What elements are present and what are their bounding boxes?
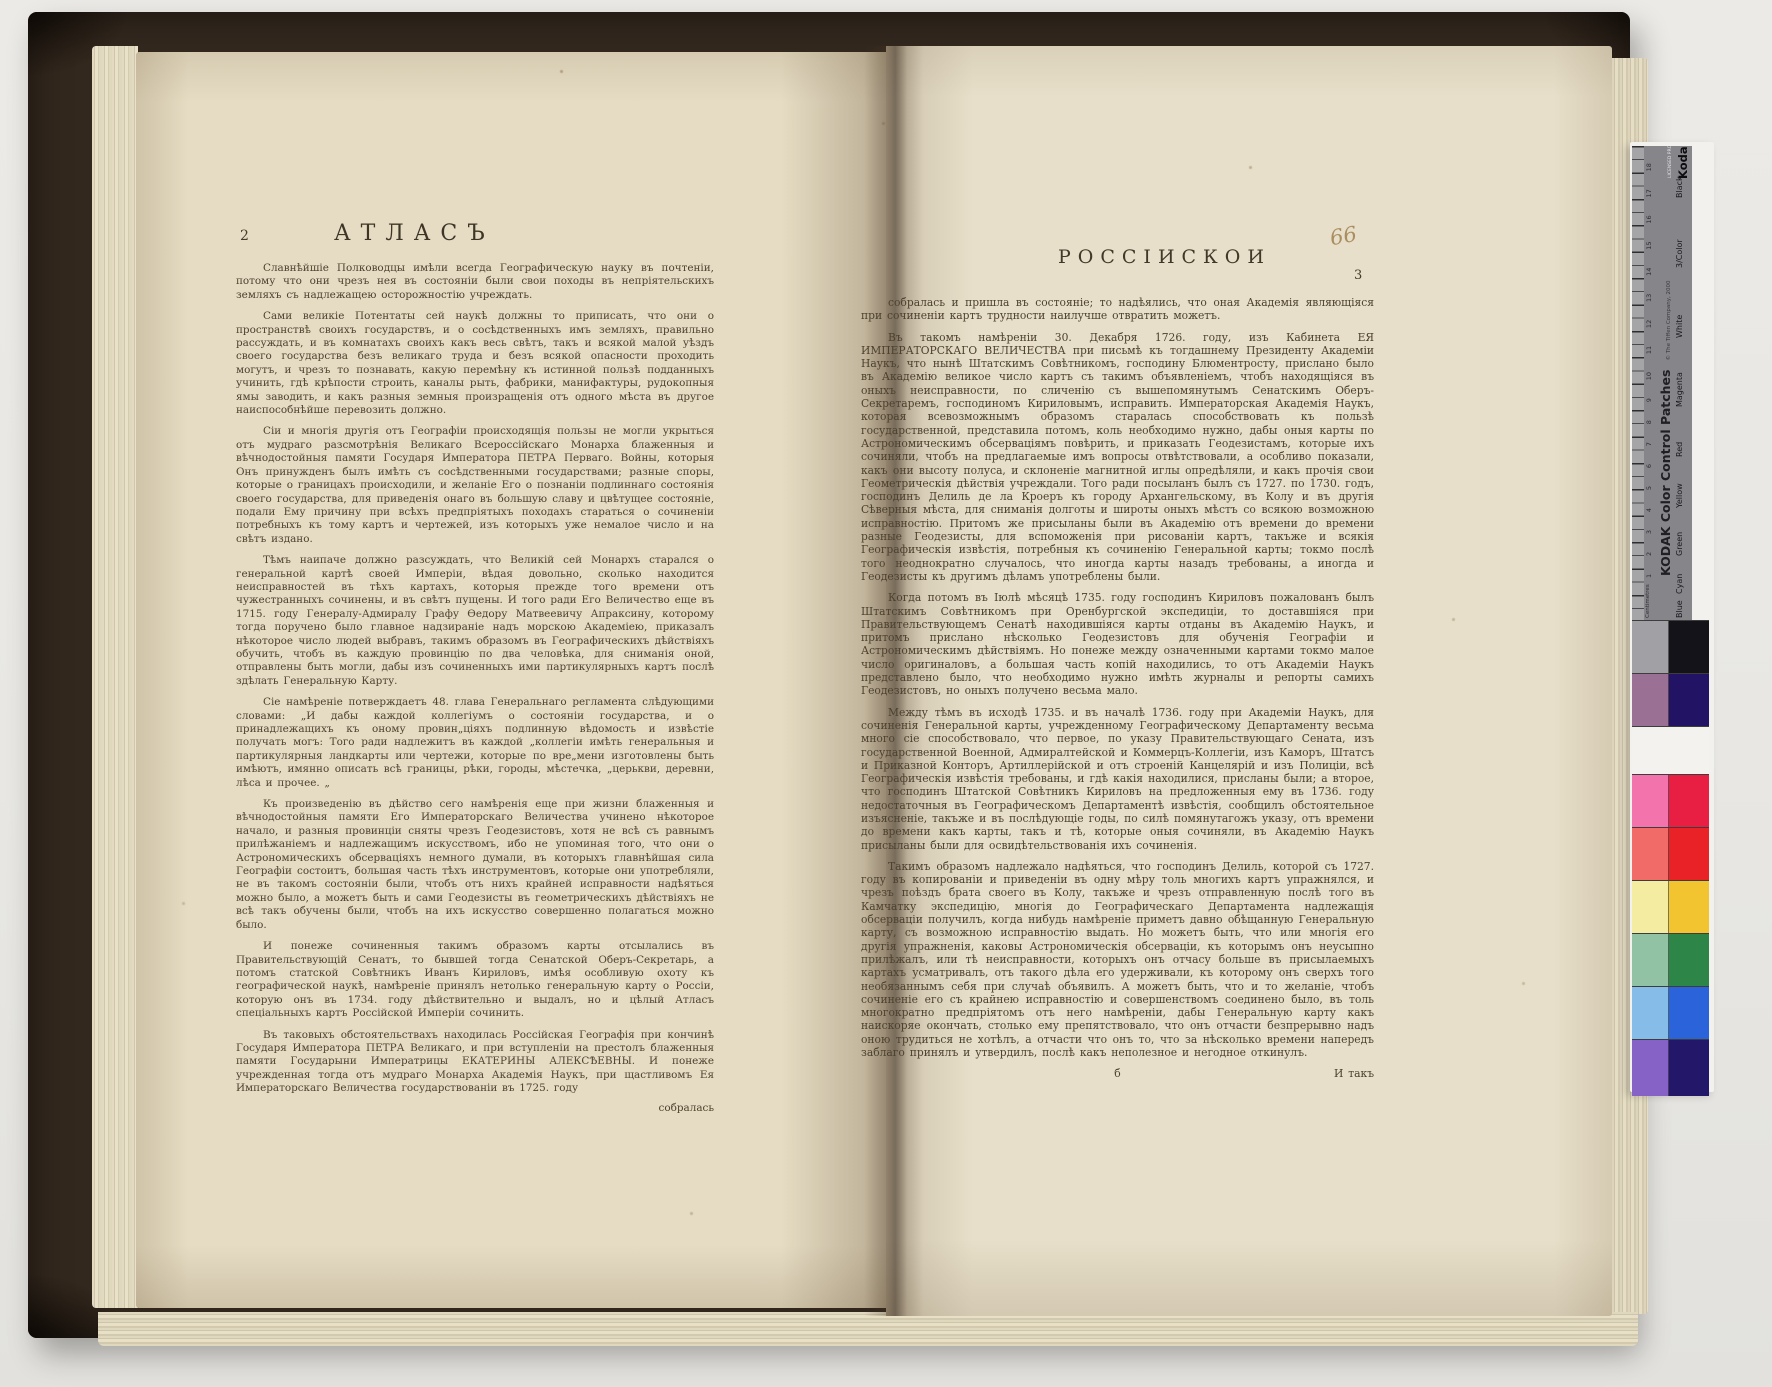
patch-light-swatch bbox=[1632, 621, 1669, 673]
patch-light-swatch bbox=[1632, 727, 1668, 774]
color-patch-column bbox=[1632, 620, 1709, 1096]
right-page-catchword: И такъ bbox=[1121, 1067, 1374, 1080]
patch-light-swatch bbox=[1632, 987, 1669, 1039]
right-page-footline: б И такъ bbox=[861, 1067, 1374, 1080]
ruler-number: 6 bbox=[1645, 464, 1655, 468]
kodak-logo-text: Kodak bbox=[1676, 146, 1690, 179]
patch-light-swatch bbox=[1632, 881, 1669, 933]
color-patch-row bbox=[1632, 774, 1709, 827]
ruler-number: 11 bbox=[1645, 346, 1655, 354]
paragraph: Въ такомъ намѣреніи 30. Декабря 1726. го… bbox=[861, 331, 1374, 584]
paragraph: Между тѣмъ въ исходѣ 1735. и въ началѣ 1… bbox=[861, 706, 1374, 852]
paragraph: И понеже сочиненныя такимъ образомъ карт… bbox=[236, 940, 714, 1020]
ruler-number: 14 bbox=[1645, 268, 1655, 276]
ruler-tick-marks bbox=[1632, 146, 1644, 620]
color-patch-row bbox=[1632, 726, 1709, 774]
ruler-number: 7 bbox=[1645, 442, 1655, 446]
ruler-number: 2 bbox=[1645, 552, 1655, 556]
ruler-unit-label: Centimetres bbox=[1645, 574, 1654, 618]
ruler-number: 5 bbox=[1645, 486, 1655, 490]
paragraph: Славнѣйшіе Полководцы имѣли всегда Геогр… bbox=[236, 262, 714, 302]
ruler-number: 4 bbox=[1645, 508, 1655, 512]
licensed-product-label: LICENSED PRODUCT bbox=[1668, 146, 1675, 620]
patch-saturated-swatch bbox=[1669, 621, 1709, 673]
patch-saturated-swatch bbox=[1669, 987, 1709, 1039]
patch-saturated-swatch bbox=[1668, 727, 1709, 774]
patch-light-swatch bbox=[1632, 775, 1669, 827]
right-paragraph-list: собралась и пришла въ состояніе; то надѣ… bbox=[861, 296, 1374, 1059]
patch-light-swatch bbox=[1632, 1040, 1669, 1096]
ruler-number: 10 bbox=[1645, 372, 1655, 380]
book-photograph: 2 АТЛАСЪ Славнѣйшіе Полководцы имѣли все… bbox=[0, 0, 1772, 1387]
color-patch-row bbox=[1632, 1039, 1709, 1096]
paragraph: Сіи и многія другія отъ Географіи происх… bbox=[236, 425, 714, 546]
patch-light-swatch bbox=[1632, 828, 1669, 880]
patch-saturated-swatch bbox=[1669, 934, 1709, 986]
ruler-number: 18 bbox=[1645, 163, 1655, 171]
color-patch-row bbox=[1632, 620, 1709, 673]
paragraph: Когда потомъ въ Іюлѣ мѣсяцѣ 1735. году г… bbox=[861, 591, 1374, 697]
patch-saturated-swatch bbox=[1669, 674, 1709, 726]
ruler-numbers: 123456789101112131415161718 bbox=[1645, 163, 1655, 578]
ruler-number: 13 bbox=[1645, 294, 1655, 302]
bottom-page-edges bbox=[98, 1312, 1638, 1346]
licensed-product-text: LICENSED PRODUCT bbox=[1668, 146, 1673, 178]
kodak-gray-ruler: 123456789101112131415161718 Centimetres … bbox=[1632, 146, 1692, 620]
color-patch-row bbox=[1632, 986, 1709, 1039]
right-page-running-title: РОССІИСКОИ bbox=[1058, 246, 1271, 268]
ruler-number: 3 bbox=[1645, 530, 1655, 534]
right-page-number: 3 bbox=[1354, 268, 1362, 283]
paper-foxing-specks bbox=[0, 0, 3, 3]
paragraph: Къ произведенію въ дѣйство сего намѣрені… bbox=[236, 798, 714, 932]
foot-spacer bbox=[861, 1067, 1114, 1080]
handwritten-folio-number: 66 bbox=[1328, 222, 1358, 250]
paragraph: Въ таковыхъ обстоятельствахъ находилась … bbox=[236, 1029, 714, 1096]
color-patch-row bbox=[1632, 827, 1709, 880]
paragraph: собралась и пришла въ состояніе; то надѣ… bbox=[861, 296, 1374, 323]
color-patch-row bbox=[1632, 933, 1709, 986]
ruler-number: 9 bbox=[1645, 398, 1655, 402]
paragraph: Тѣмъ наипаче должно разсуждать, что Вели… bbox=[236, 554, 714, 688]
patch-saturated-swatch bbox=[1669, 881, 1709, 933]
color-patch-row bbox=[1632, 673, 1709, 726]
right-page-text-block: собралась и пришла въ состояніе; то надѣ… bbox=[861, 296, 1374, 1081]
patch-saturated-swatch bbox=[1669, 828, 1709, 880]
patch-saturated-swatch bbox=[1669, 775, 1709, 827]
paragraph: Такимъ образомъ надлежало надѣяться, что… bbox=[861, 860, 1374, 1059]
ruler-number: 15 bbox=[1645, 241, 1655, 249]
paragraph: Сами великіе Потентаты сей наукѣ должны … bbox=[236, 310, 714, 417]
ruler-number: 12 bbox=[1645, 320, 1655, 328]
patch-light-swatch bbox=[1632, 934, 1669, 986]
color-patch-row bbox=[1632, 880, 1709, 933]
paragraph: Сіе намѣреніе потверждаетъ 48. глава Ген… bbox=[236, 696, 714, 790]
left-page-number: 2 bbox=[240, 228, 249, 244]
ruler-number: 16 bbox=[1645, 215, 1655, 223]
kodak-color-control-strip: 123456789101112131415161718 Centimetres … bbox=[1630, 142, 1714, 1092]
left-page-running-title: АТЛАСЪ bbox=[334, 221, 495, 246]
ruler-number: 8 bbox=[1645, 420, 1655, 424]
patch-saturated-swatch bbox=[1669, 1040, 1709, 1096]
kodak-logo: Kodak bbox=[1676, 146, 1690, 620]
left-page-text-block: Славнѣйшіе Полководцы имѣли всегда Геогр… bbox=[236, 262, 714, 1104]
ruler-number: 17 bbox=[1645, 189, 1655, 197]
patch-light-swatch bbox=[1632, 674, 1669, 726]
left-page-stack-edge bbox=[92, 46, 138, 1308]
